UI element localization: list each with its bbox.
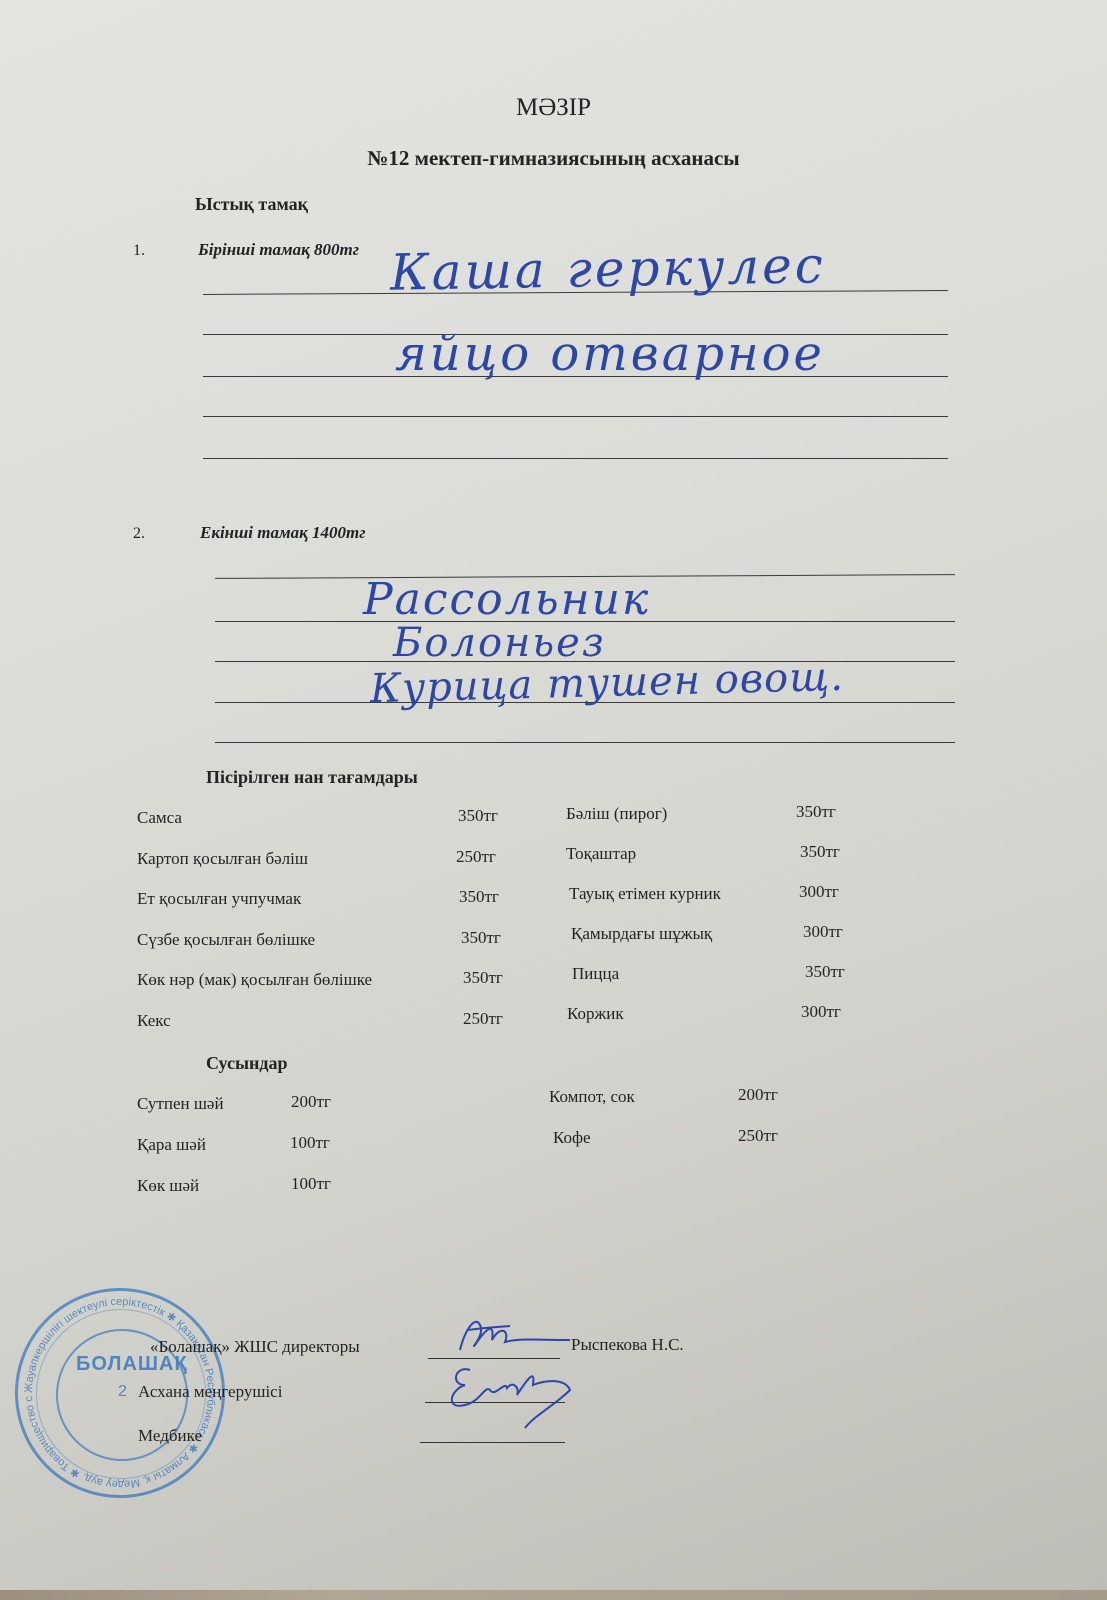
bakery-item-price: 350тг: [796, 802, 836, 822]
handwritten-dish: яйцо отварное: [395, 326, 825, 382]
bakery-item-price: 350тг: [805, 962, 845, 982]
drink-item-price: 100тг: [290, 1133, 330, 1153]
bakery-item-name: Көк нәр (мак) қосылған бөлішке: [137, 970, 372, 990]
director-label: «Болашақ» ЖШС директоры: [150, 1337, 360, 1357]
course-label: Екінші тамақ 1400тг: [200, 523, 365, 543]
drink-item-price: 100тг: [291, 1174, 331, 1194]
drink-item-name: Көк шәй: [137, 1176, 199, 1196]
bakery-item-price: 350тг: [461, 928, 501, 948]
handwritten-dish: Каша геркулес: [390, 236, 827, 302]
write-line: [215, 742, 955, 743]
drink-item-name: Сутпен шәй: [137, 1094, 224, 1114]
bakery-item-price: 250тг: [463, 1009, 503, 1029]
hot-meals-heading: Ыстық тамақ: [195, 194, 308, 215]
drink-item-price: 200тг: [291, 1092, 331, 1112]
canteen-head-signature: [435, 1350, 585, 1440]
drink-item-name: Қара шәй: [137, 1135, 206, 1155]
nurse-label: Медбике: [138, 1426, 202, 1446]
drink-item-name: Компот, сок: [549, 1087, 635, 1107]
bakery-item-name: Сүзбе қосылған бөлішке: [137, 930, 315, 950]
bakery-item-price: 350тг: [800, 842, 840, 862]
bakery-item-price: 300тг: [803, 922, 843, 942]
bakery-heading: Пісірілген нан тағамдары: [206, 767, 418, 788]
bakery-item-price: 350тг: [458, 806, 498, 826]
course-number: 1.: [133, 242, 145, 260]
canteen-head-label: Асхана меңгерушісі: [138, 1382, 282, 1402]
course-number: 2.: [133, 525, 145, 543]
write-line: [203, 458, 948, 459]
bakery-item-price: 250тг: [456, 847, 496, 867]
stamp-number: 2: [118, 1383, 127, 1401]
drink-item-name: Кофе: [553, 1128, 591, 1148]
page-subtitle: №12 мектеп-гимназиясының асханасы: [0, 146, 1107, 171]
signature-line: [420, 1442, 565, 1443]
bakery-item-price: 350тг: [463, 968, 503, 988]
drink-item-price: 250тг: [738, 1126, 778, 1146]
drink-item-price: 200тг: [738, 1085, 778, 1105]
bakery-item-name: Тауық етімен курник: [569, 884, 721, 904]
bakery-item-name: Бәліш (пирог): [566, 804, 667, 824]
bakery-item-name: Картоп қосылған бәліш: [137, 849, 308, 869]
write-line: [203, 416, 948, 417]
bakery-item-name: Қамырдағы шұжық: [571, 924, 712, 944]
table-edge: [0, 1590, 1107, 1600]
bakery-item-price: 300тг: [801, 1002, 841, 1022]
bakery-item-name: Самса: [137, 808, 182, 828]
director-name: Рыспекова Н.С.: [571, 1335, 684, 1355]
bakery-item-name: Ет қосылған учпучмак: [137, 889, 301, 909]
bakery-item-name: Коржик: [567, 1004, 624, 1024]
handwritten-dish: Рассольник: [363, 574, 650, 625]
bakery-item-name: Кекс: [137, 1011, 171, 1031]
bakery-item-price: 350тг: [459, 887, 499, 907]
handwritten-dish: Болоньез: [393, 620, 606, 666]
drinks-heading: Сусындар: [206, 1053, 288, 1074]
page-title: МӘЗІР: [0, 94, 1107, 122]
bakery-item-price: 300тг: [799, 882, 839, 902]
bakery-item-name: Тоқаштар: [566, 844, 636, 864]
bakery-item-name: Пицца: [572, 964, 619, 984]
course-label: Бірінші тамақ 800тг: [198, 240, 359, 260]
